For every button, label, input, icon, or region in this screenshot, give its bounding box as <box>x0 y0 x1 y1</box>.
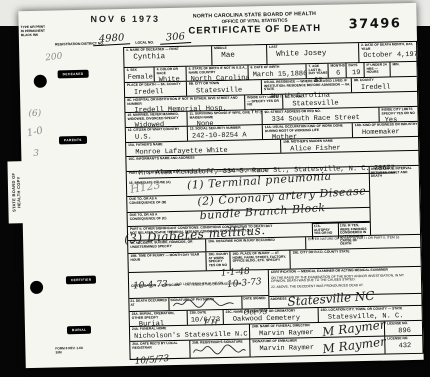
field-occupation: 14a. USUAL OCCUPATION KIND OF WORK DONE … <box>263 123 353 139</box>
field-embalmer-license: LICENSE NO. 432 <box>385 336 422 354</box>
field-hospital: 8c. HOSPITAL OR INSTITUTION IF NOT IN EI… <box>125 95 245 112</box>
copy-tab-label: STATE BOARD OF HEALTH COPY <box>11 164 22 220</box>
pencil-mark: 200 <box>45 51 63 63</box>
field-residence-county: 9b. COUNTY Iredell <box>352 77 417 92</box>
field-age-months: MONTHS 6 <box>328 63 346 77</box>
field-race: 4. COLOR OR RACE White <box>155 67 187 82</box>
date-received-stamp: NOV 6 1973 <box>90 14 160 24</box>
field-age-days: DAYS 19 <box>346 63 364 77</box>
field-age-minutes: MIN. <box>390 62 416 77</box>
embalmer-signature: M Raymer <box>322 334 387 356</box>
field-state-of-birth: 5. STATE OF BIRTH IF NOT IN U.S.A., NAME… <box>187 65 249 80</box>
state-board-copy-tab: STATE BOARD OF HEALTH COPY <box>7 161 24 223</box>
field-cemetery: 23c. NAME OF CEMETERY OR CREMATORY Oakwo… <box>224 308 319 324</box>
last-seen-alive-date: 10-3-73 <box>227 277 262 290</box>
cause-main: PART I. DEATH CAUSED BY: ENTER ONLY ONE … <box>127 167 370 240</box>
field-injury-location: 19e. CITY OR R.F.D. COUNTY STATE <box>290 248 420 269</box>
field-embalmer: SIGNATURE OF EMBALMER Marvin Raymer M Ra… <box>250 337 385 357</box>
registration-district-label: REGISTRATION DISTRICT NO. <box>55 43 89 47</box>
field-marital-status: 10. MARRIED, NEVER MARRIED, WIDOWED, DIV… <box>125 112 187 127</box>
field-residence-state: USUAL RESIDENCE — WHERE DECEASED LIVED. … <box>262 78 352 94</box>
field-sex: 3. SEX Female <box>125 67 155 82</box>
field-funeral-home: 24a. FUNERAL HOME Nicholson's Statesvill… <box>130 324 250 341</box>
interval-column: APPROXIMATE INTERVAL BETWEEN ONSET AND D… <box>369 166 420 235</box>
physician-certification: CERTIFICATION — PHYSICIAN: I ATTENDED TH… <box>129 270 270 311</box>
field-registrar-signature: 25b. REGISTRAR'S SIGNATURE <box>190 339 250 357</box>
funeral-home-pencil-note: F.H. <box>204 318 221 327</box>
field-date-of-birth: 6. DATE OF BIRTH March 15,1886 <box>248 64 306 79</box>
field-street-address: 9d. STREET ADDRESS OR RFD NO. 334 South … <box>262 108 379 124</box>
scanned-death-certificate: NOV 6 1973 REGISTRATION DISTRICT NO. 498… <box>0 0 430 377</box>
field-burial-type: 23a. BURIAL, CREMATION, OTHER SPECIFY Bu… <box>130 311 188 326</box>
registration-district-value: 4980 <box>93 32 131 46</box>
certifier-address-value: Statesville NC <box>287 289 375 309</box>
registrar-date-value: 10/5/73 <box>134 354 169 367</box>
form-print-number: FORM 8 REV. 1-68 30M <box>55 346 85 356</box>
medical-examiner-certification: CERTIFICATION — MEDICAL EXAMINER OR ACTI… <box>269 267 422 308</box>
field-residence-town: 9c. TOWN Statesville <box>283 92 417 109</box>
field-time-of-injury: 19b. TIME OF INJURY — MONTH DAY YEAR HOU… <box>128 252 206 272</box>
field-inside-city-limits-2: INSIDE CITY LIMITS SPECIFY YES OR NO Yes <box>379 107 417 122</box>
certificate-title: CERTIFICATE OF DEATH <box>171 23 339 38</box>
field-last-name: LAST White Josey <box>267 43 359 64</box>
registrar-signature <box>191 343 247 355</box>
field-accident-type: 18. ACCIDENT, SUICIDE, HOMICIDE, OR UNDE… <box>128 239 206 253</box>
field-first-name: 1. NAME OF DECEASED — FIRST Cynthia <box>124 46 212 67</box>
tab-burial: BURIAL <box>67 326 92 335</box>
injury-nature-note: ENTER NATURE OF INJURY IN PART I OR PART… <box>306 235 420 249</box>
field-citizenship: 12. CITIZEN OF WHAT COUNTRY U.S. <box>126 127 188 142</box>
certification-band: CERTIFICATION — PHYSICIAN: I ATTENDED TH… <box>129 267 422 312</box>
field-death-city: 8b. CITY OR TOWN Statesville <box>187 80 262 96</box>
header-title-block: NORTH CAROLINA STATE BOARD OF HEALTH OFF… <box>170 11 338 38</box>
physician-signature <box>171 298 235 309</box>
field-inside-city-limits: INSIDE CITY LIMITS — SPECIFY YES OR NO Y… <box>245 95 283 110</box>
hole-punch <box>30 281 43 294</box>
state-file-number: 37496 <box>349 16 402 32</box>
tab-deceased: DECEASED <box>58 70 89 79</box>
type-or-print-note: TYPE OR PRINT IN PERMANENT BLACK INK <box>21 25 47 38</box>
form-grid: 1. NAME OF DECEASED — FIRST Cynthia MIDD… <box>123 41 423 360</box>
pencil-mark: 3 <box>33 149 39 159</box>
field-ssn: 13. SOCIAL SECURITY NUMBER 242-10-8254 A <box>188 125 263 141</box>
cause-of-death-section: APPROXIMATE INTERVAL BETWEEN ONSET AND D… <box>127 166 420 241</box>
tab-certifier: CERTIFIER <box>66 276 97 285</box>
pencil-mark: 1-0 <box>26 125 44 139</box>
local-no-label: LOCAL NO. <box>135 42 155 46</box>
field-industry: 14b. KIND OF BUSINESS OR INDUSTRY Homema… <box>353 122 418 137</box>
field-how-injury-occurred: 19a. DESCRIBE HOW INJURY OCCURRED <box>206 237 306 251</box>
field-date-of-death: 2. DATE OF DEATH MONTH, DAY, YEAR Octobe… <box>359 42 416 62</box>
attended-from-date: 1-1-48 <box>221 267 251 279</box>
tab-parents: PARENTS <box>59 136 87 145</box>
field-surviving-spouse: 11. SURVIVING SPOUSE IF WIFE, GIVE MAIDE… <box>187 110 262 126</box>
field-director-license: LICENSE NO. 896 <box>385 321 422 336</box>
certificate-paper: NOV 6 1973 REGISTRATION DISTRICT NO. 498… <box>18 3 423 368</box>
attended-to-date: 10-4-73 <box>133 280 168 292</box>
field-age-years: 7. AGE LAST B-DAY YEARS 87 <box>306 64 328 78</box>
field-registrar-date: 25a. DATE REC'D BY LOCAL REGISTRAR 10/5/… <box>130 341 190 359</box>
pencil-mark: (6) <box>28 109 41 119</box>
hole-punch <box>34 75 47 88</box>
field-age-hours: IF UNDER 24 HRS — HOURS <box>364 62 390 77</box>
field-middle-name: MIDDLE Mae <box>212 45 267 65</box>
field-death-county: PLACE OF DEATH — 8a. COUNTY Iredell <box>125 82 187 97</box>
